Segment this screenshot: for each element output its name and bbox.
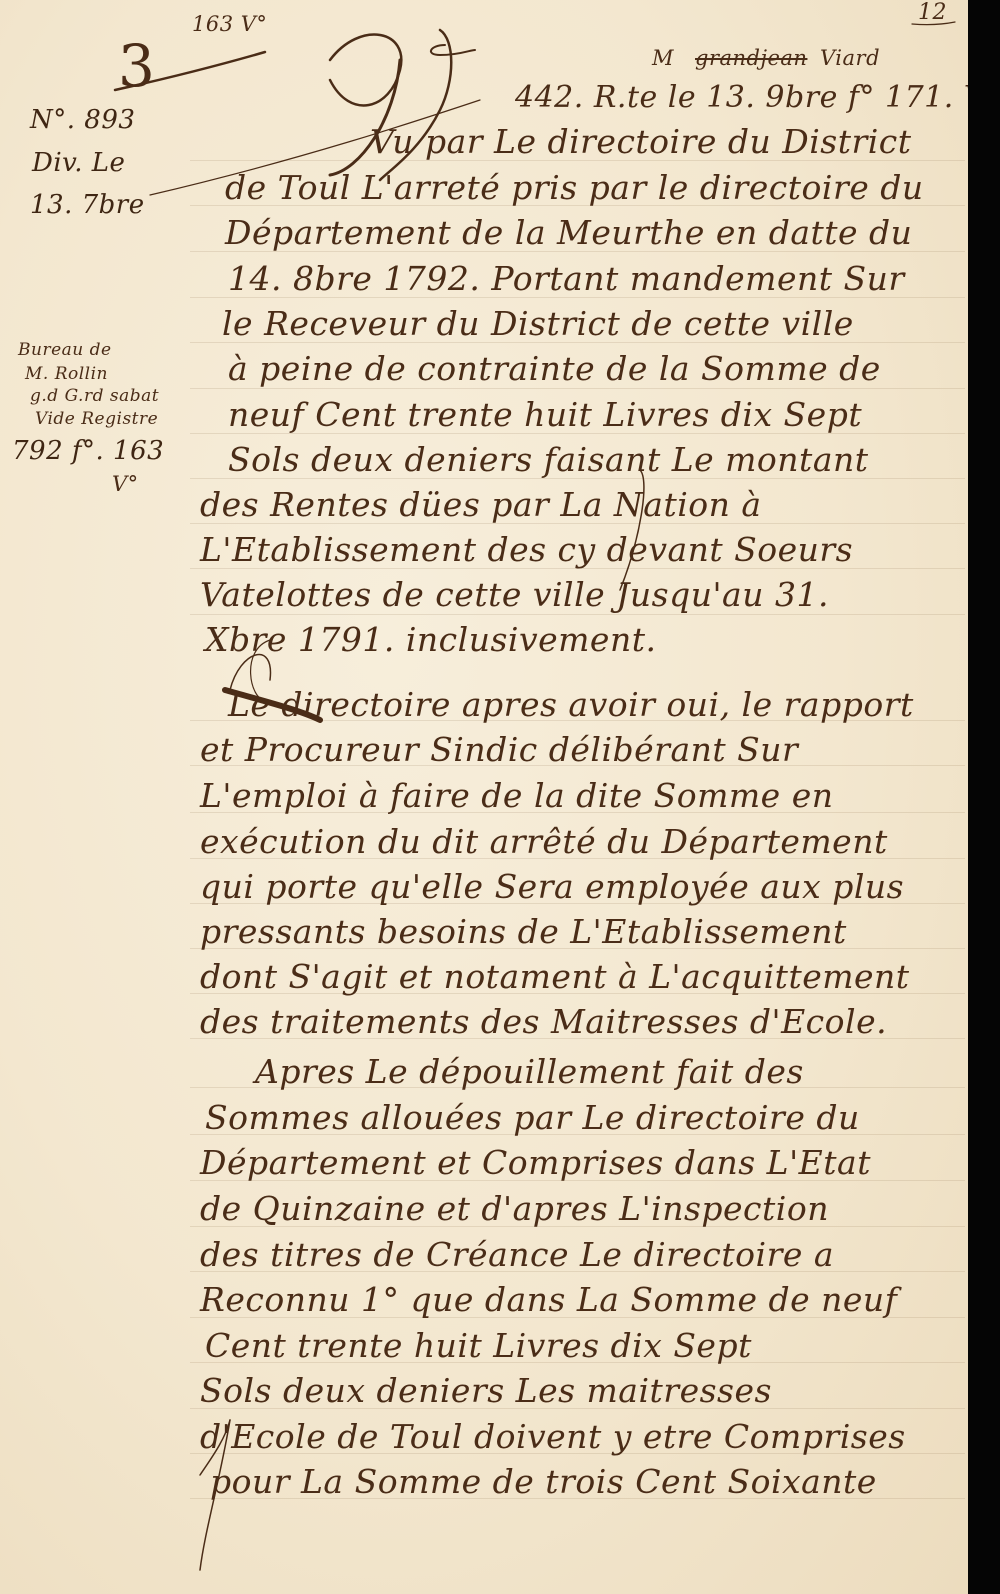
body-line: d'Ecole de Toul doivent y etre Comprises [200,1417,906,1456]
margin-note-vide-registre: Vide Registre [35,409,158,429]
body-line: L'Etablissement des cy devant Soeurs [200,530,853,569]
body-line: des traitements des Maitresses d'Ecole. [200,1002,887,1041]
body-line: Sols deux deniers faisant Le montant [228,440,869,479]
body-line: Vu par Le directoire du District [370,122,912,161]
margin-note-folio: 792 f°. 163 [12,436,164,466]
ruled-line [190,388,965,389]
margin-note-date: 13. 7bre [30,190,145,220]
margin-note-number: N°. 893 [30,105,135,135]
body-line: dont S'agit et notament à L'acquittement [200,957,910,996]
body-line: Reconnu 1° que dans La Somme de neuf [200,1280,897,1319]
body-line: exécution du dit arrêté du Département [200,822,888,861]
body-line: Département de la Meurthe en datte du [225,213,912,252]
body-line: pressants besoins de L'Etablissement [200,912,847,951]
body-line: de Toul L'arreté pris par le directoire … [225,168,924,207]
body-line: des Rentes dües par La Nation à [200,485,762,524]
body-line: Cent trente huit Livres dix Sept [205,1326,752,1365]
body-line: Sommes allouées par Le directoire du [205,1098,860,1137]
body-line: Vatelottes de cette ville Jusqu'au 31. [200,575,829,614]
body-line: pour La Somme de trois Cent Soixante [210,1462,877,1501]
header-name-struck: grandjean [695,46,807,70]
margin-note-div: Div. Le [32,148,125,178]
header-name-prefix: M [652,46,674,70]
body-line: qui porte qu'elle Sera employée aux plus [200,867,904,906]
body-line: de Quinzaine et d'apres L'inspection [200,1189,829,1228]
margin-note-name: M. Rollin [25,364,108,384]
body-line: à peine de contrainte de la Somme de [228,349,881,388]
body-line: et Procureur Sindic délibérant Sur [200,730,798,769]
body-line: Département et Comprises dans L'Etat [200,1143,871,1182]
top-left-number: 3 [118,32,155,100]
body-line: Apres Le dépouillement fait des [255,1052,804,1091]
body-line: neuf Cent trente huit Livres dix Sept [228,395,862,434]
manuscript-page: 3 163 V° 12 M grandjean Viard 442. R.te … [0,0,968,1594]
scan-edge-shadow [968,0,1000,1594]
body-line: Le directoire apres avoir oui, le rappor… [228,685,914,724]
ruled-line [190,614,965,615]
margin-note-line3: g.d G.rd sabat [30,386,159,406]
top-folio-reference: 163 V° [192,12,267,36]
folio-number: 12 [918,0,947,25]
body-line: le Receveur du District de cette ville [222,304,854,343]
body-line: 14. 8bre 1792. Portant mandement Sur [228,259,905,298]
body-line: L'emploi à faire de la dite Somme en [200,776,833,815]
header-reference: 442. R.te le 13. 9bre f° 171. V° [515,80,968,115]
margin-note-verso: V° [112,472,139,496]
header-name: Viard [820,46,880,70]
body-line: Xbre 1791. inclusivement. [205,620,656,659]
margin-note-bureau: Bureau de [18,340,112,360]
body-line: Sols deux deniers Les maitresses [200,1371,772,1410]
body-line: des titres de Créance Le directoire a [200,1235,834,1274]
